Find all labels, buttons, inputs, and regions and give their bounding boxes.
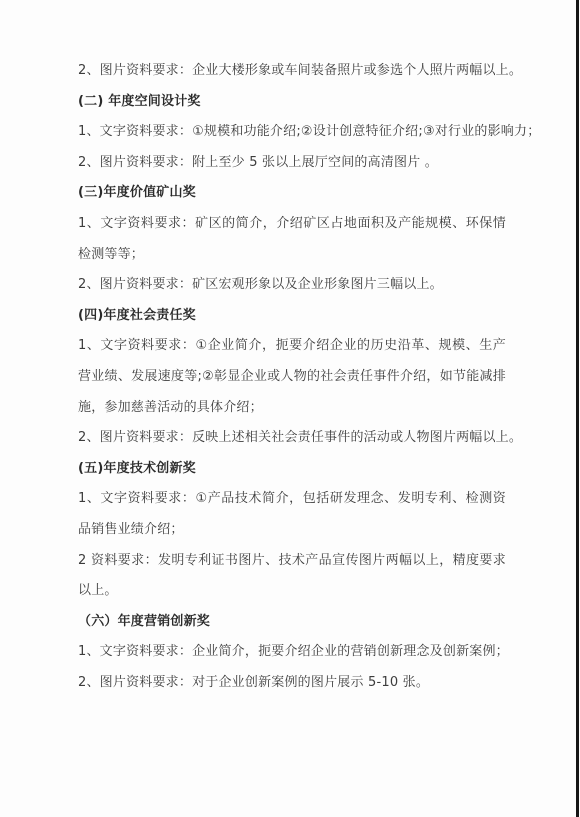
text-line: 2 资料要求：发明专利证书图片、技术产品宣传图片两幅以上，精度要求 300dpi <box>78 546 506 577</box>
text-line: 2、图片资料要求：附上至少 5 张以上展厅空间的高清图片 。 <box>78 148 506 179</box>
section-heading: (四)年度社会责任奖 <box>78 301 506 332</box>
text-line: 检测等等； <box>78 240 506 271</box>
text-line: 1、文字资料要求：企业简介，扼要介绍企业的营销创新理念及创新案例； <box>78 637 506 668</box>
section-heading: (二) 年度空间设计奖 <box>78 87 506 118</box>
section-heading: （六）年度营销创新奖 <box>78 607 506 638</box>
text-line: 品销售业绩介绍； <box>78 515 506 546</box>
document-body: 2、图片资料要求：企业大楼形象或车间装备照片或参选个人照片两幅以上。(二) 年度… <box>78 56 506 698</box>
text-line: 1、文字资料要求：①产品技术简介，包括研发理念、发明专利、检测资料等;②产 <box>78 484 506 515</box>
text-line: 2、图片资料要求：企业大楼形象或车间装备照片或参选个人照片两幅以上。 <box>78 56 506 87</box>
section-heading: (五)年度技术创新奖 <box>78 454 506 485</box>
text-line: 2、图片资料要求：矿区宏观形象以及企业形象图片三幅以上。 <box>78 270 506 301</box>
text-line: 营业绩、发展速度等;②彰显企业或人物的社会责任事件介绍，如节能减排具体措 <box>78 362 506 393</box>
document-page: 2、图片资料要求：企业大楼形象或车间装备照片或参选个人照片两幅以上。(二) 年度… <box>0 0 580 817</box>
text-line: 1、文字资料要求：①企业简介，扼要介绍企业的历史沿革、规模、生产能力、经 <box>78 331 506 362</box>
text-line: 以上。 <box>78 576 506 607</box>
text-line: 1、文字资料要求：矿区的简介，介绍矿区占地面积及产能规模、环保情况、质量 <box>78 209 506 240</box>
text-line: 施，参加慈善活动的具体介绍； <box>78 393 506 424</box>
text-line: 2、图片资料要求：对于企业创新案例的图片展示 5-10 张。 <box>78 668 506 699</box>
text-line: 1、文字资料要求：①规模和功能介绍;②设计创意特征介绍;③对行业的影响力； <box>78 117 506 148</box>
text-line: 2、图片资料要求：反映上述相关社会责任事件的活动或人物图片两幅以上。 <box>78 423 506 454</box>
section-heading: (三)年度价值矿山奖 <box>78 178 506 209</box>
page-edge-line <box>576 0 579 817</box>
